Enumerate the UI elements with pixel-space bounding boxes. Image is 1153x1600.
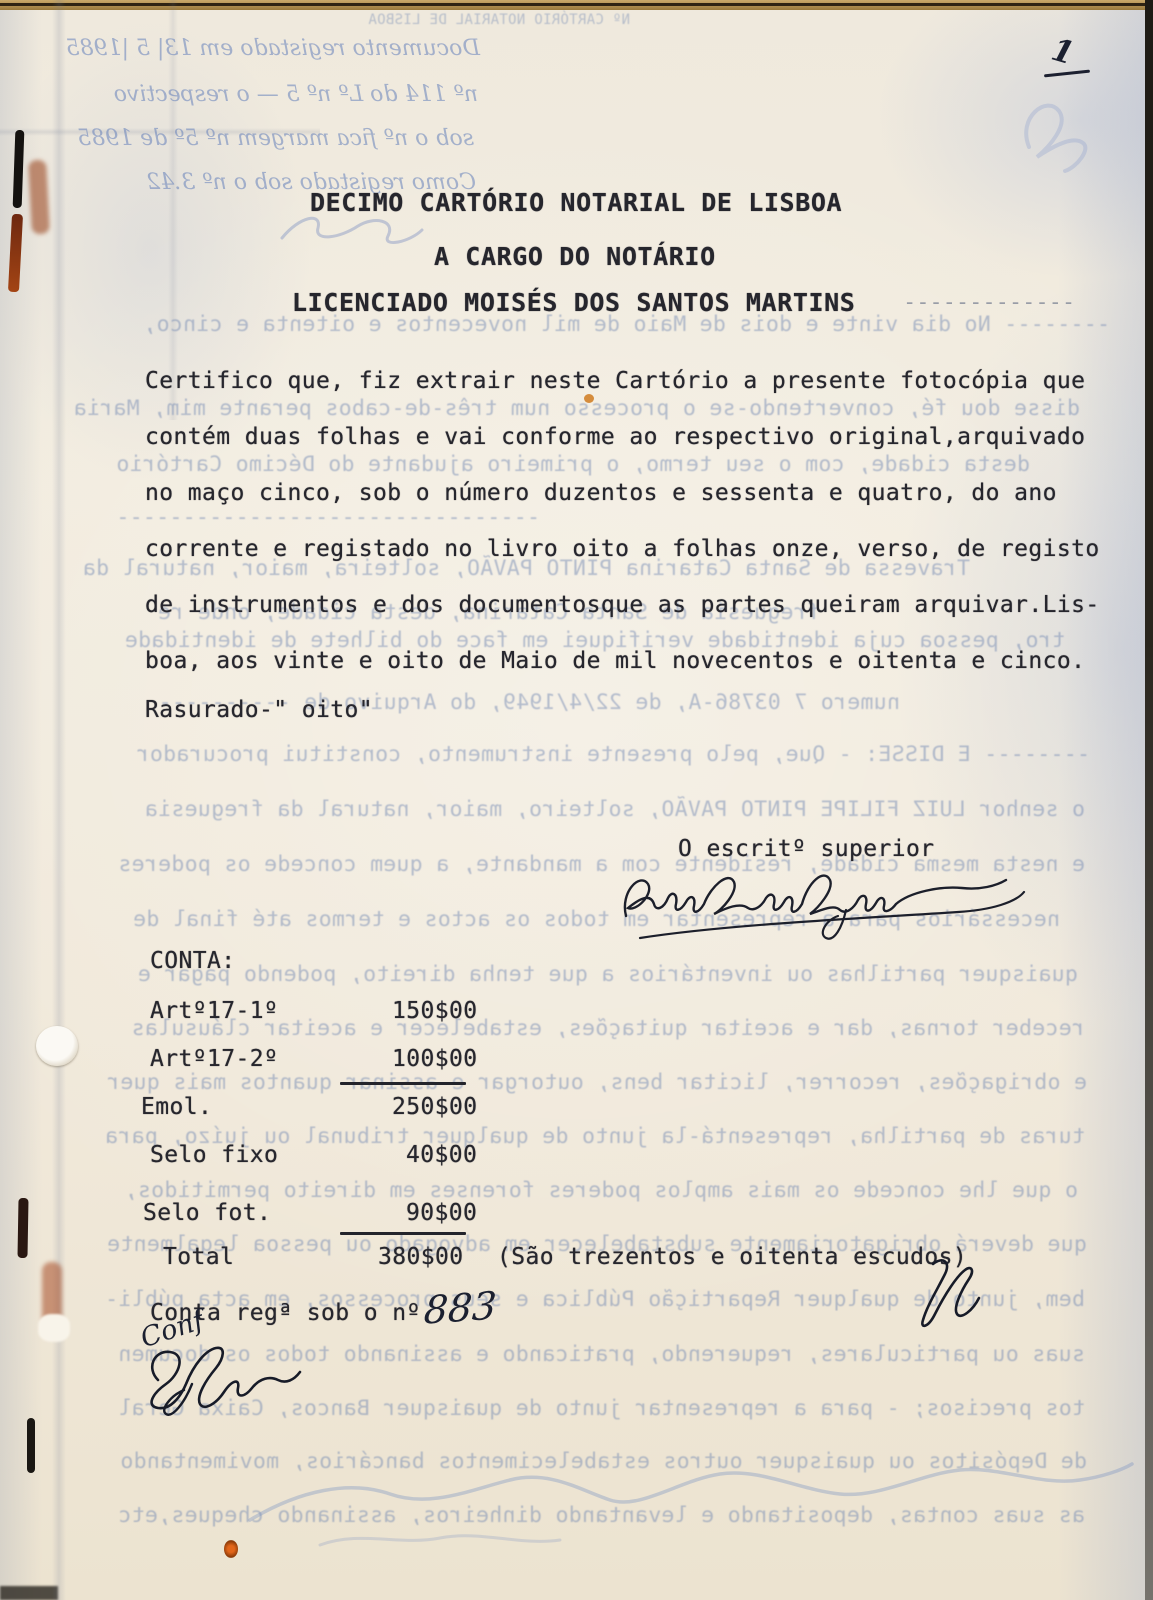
conta-total-rule [340,1232,466,1235]
conta-total-note: (São trezentos e oitenta escudos) [497,1244,967,1270]
conta-row-label: Artº17-1º [150,998,278,1024]
body-line: no maço cinco, sob o número duzentos e s… [145,480,1057,506]
binding-mark-black-2 [17,1198,28,1258]
conta-row-label: Selo fot. [143,1200,271,1226]
conta-row-label: Artº17-2º [150,1046,278,1072]
conta-row-amount: 250$00 [392,1094,477,1120]
ghost-line: desta cidade, com o seu termo, o primeir… [80,452,1030,477]
ghost-cursive-bottom [240,1450,1140,1560]
body-line: de instrumentos e dos documentosque as p… [145,592,1100,618]
body-line: Certifico que, fiz extrair neste Cartóri… [145,368,1085,394]
conta-row-amount: 90$00 [406,1200,477,1226]
document-title-line-1: DECIMO CARTÓRIO NOTARIAL DE LISBOA [310,188,842,217]
binding-mark-black-3 [27,1418,35,1473]
rust-stain-1 [28,160,50,235]
conta-registration-number: 883 [423,1283,498,1332]
binding-mark-black-1 [13,130,25,208]
ghost-line: -------------------------------- [40,505,540,530]
conta-row-amount: 150$00 [392,998,477,1024]
orange-stain-dot [224,1540,238,1558]
signature-initials-left [136,1340,316,1420]
conta-row-label: Selo fixo [150,1142,278,1168]
conta-total-amount: 380$00 [378,1244,463,1270]
page-number: 1 [1047,32,1078,73]
signature-initials-right [905,1252,995,1342]
ghost-handwriting-line: Documento registado em 13| 5 |1985 [150,36,480,61]
binding-mark-rust-1 [8,214,23,292]
conta-subtotal-rule [340,1082,466,1085]
conta-total-label: Total [163,1244,234,1270]
scanned-notarial-document: Nº CARTÓRIO NOTARIAL DE LISBOA Documento… [0,0,1153,1600]
ghost-line: o senhor LUIZ FILIPE PINTO PAVÃO, soltei… [55,797,1085,822]
paper-tear-patch [38,1314,70,1342]
ghost-line: -------- E DISSE: - Que, pelo presente i… [50,742,1090,767]
scan-bottom-smudge [0,1586,58,1600]
conta-row-label: Emol. [141,1094,212,1120]
conta-row-amount: 100$00 [392,1046,477,1072]
fold-crease-vertical-2 [168,0,178,420]
scan-right-edge [1145,0,1153,1600]
ghost-line: e obrigações, recorrer, licitar bens, ou… [42,1070,1087,1095]
ghost-signature-top-right [995,85,1110,180]
ghost-handwriting-line: sob o nº fica margem nº 5º de 1985 [154,126,474,151]
ghost-line: disse dou fé, convertendo-se o processo … [60,396,1080,421]
body-line: contém duas folhas e vai conforme ao res… [145,424,1085,450]
body-line: Rasurado-" oito" [145,697,373,723]
conta-row-amount: 40$00 [406,1142,477,1168]
ghost-stamp-text: Nº CARTÓRIO NOTARIAL DE LISBOA [300,12,630,28]
ghost-line: -------- No dia vinte e dois de Maio de … [45,312,1110,337]
signature-escriturario [610,858,1040,958]
body-line: boa, aos vinte e oito de Maio de mil nov… [145,648,1085,674]
ghost-handwriting-line: nº 114 do Lº nº 5 — o respectivo [168,82,478,107]
conta-heading: CONTA: [150,948,235,974]
document-title-line-2: A CARGO DO NOTÁRIO [434,242,716,271]
body-line: corrente e registado no livro oito a fol… [145,536,1100,562]
